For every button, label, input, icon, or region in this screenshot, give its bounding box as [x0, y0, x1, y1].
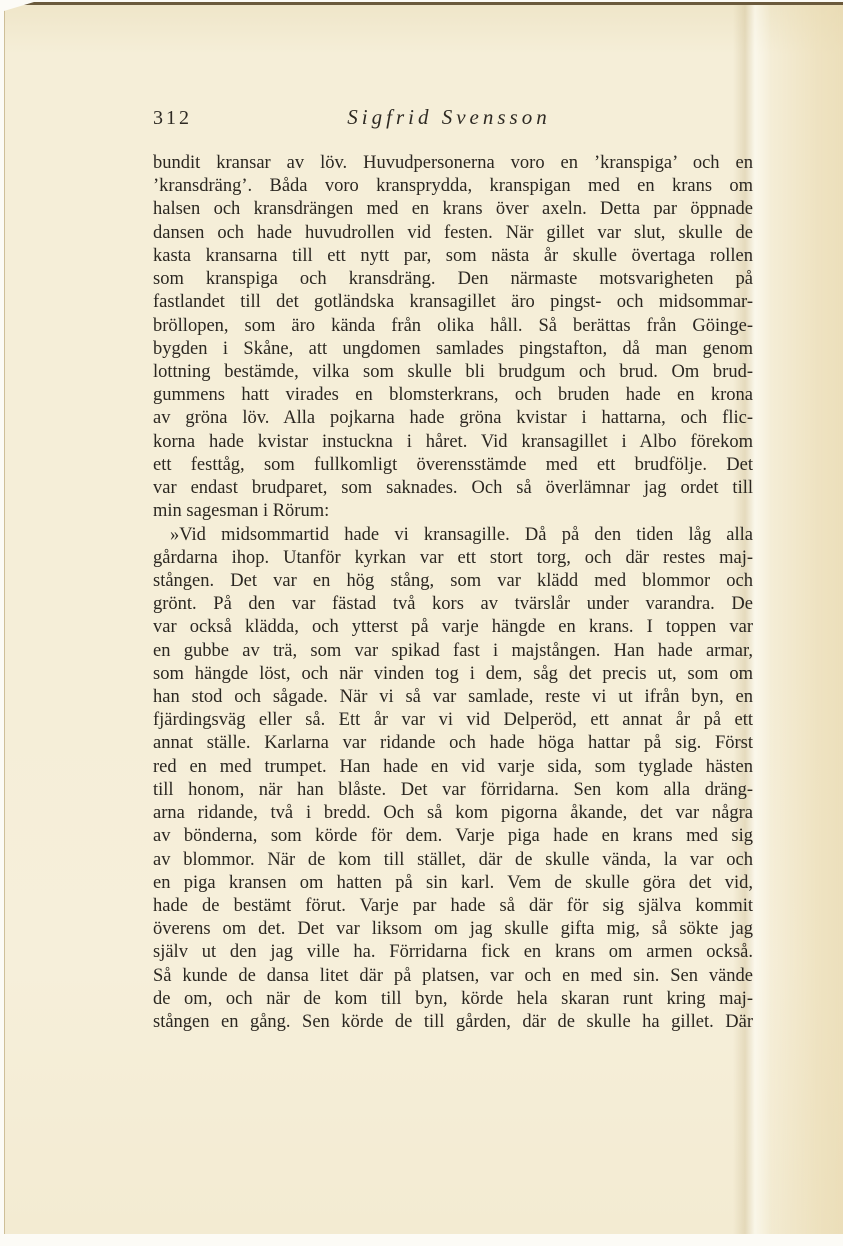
text-line: av gröna löv. Alla pojkarna hade gröna k…: [153, 407, 753, 430]
text-line: korna hade kvistar instuckna i håret. Vi…: [153, 431, 753, 454]
text-line: av blommor. När de kom till stället, där…: [153, 849, 753, 872]
text-line: grönt. På den var fästad två kors av tvä…: [153, 593, 753, 616]
text-line: som kranspiga och kransdräng. Den närmas…: [153, 268, 753, 291]
text-line: fjärdingsväg eller så. Ett år var vi vid…: [153, 709, 753, 732]
page-header: 312 Sigfrid Svensson: [149, 105, 749, 135]
text-line: var endast brudparet, som saknades. Och …: [153, 477, 753, 500]
text-line: stången en gång. Sen körde de till gårde…: [153, 1011, 753, 1034]
text-line: red en med trumpet. Han hade en vid varj…: [153, 756, 753, 779]
text-line: som hängde löst, och när vinden tog i de…: [153, 663, 753, 686]
scanned-book-page: 312 Sigfrid Svensson bundit kransar av l…: [0, 0, 843, 1246]
text-line: bygden i Skåne, att ungdomen samlades pi…: [153, 338, 753, 361]
text-line: Så kunde de dansa litet där på platsen, …: [153, 965, 753, 988]
text-line: halsen och kransdrängen med en krans öve…: [153, 198, 753, 221]
text-line: av bönderna, som körde för dem. Varje pi…: [153, 825, 753, 848]
text-line: ’kransdräng’. Båda voro kransprydda, kra…: [153, 175, 753, 198]
text-line: ett festtåg, som fullkomligt överensstäm…: [153, 454, 753, 477]
text-line: en gubbe av trä, som var spikad fast i m…: [153, 640, 753, 663]
text-line: lottning bestämde, vilka som skulle bli …: [153, 361, 753, 384]
body-text: bundit kransar av löv. Huvudpersonerna v…: [153, 152, 753, 1034]
running-header: Sigfrid Svensson: [149, 105, 749, 130]
text-line: bröllopen, som äro kända från olika håll…: [153, 315, 753, 338]
text-line: var också klädda, och ytterst på varje h…: [153, 616, 753, 639]
text-line: dansen och hade huvudrollen vid festen. …: [153, 222, 753, 245]
paragraph: bundit kransar av löv. Huvudpersonerna v…: [153, 152, 753, 524]
text-line: »Vid midsommartid hade vi kransagille. D…: [153, 524, 753, 547]
text-line: gummens hatt virades en blomsterkrans, o…: [153, 384, 753, 407]
text-line: själv ut den jag ville ha. Förridarna fi…: [153, 941, 753, 964]
text-line: de om, och när de kom till byn, körde he…: [153, 988, 753, 1011]
text-line: han stod och sågade. När vi så var samla…: [153, 686, 753, 709]
text-line: arna ridande, två i bredd. Och så kom pi…: [153, 802, 753, 825]
text-line: bundit kransar av löv. Huvudpersonerna v…: [153, 152, 753, 175]
text-line: gårdarna ihop. Utanför kyrkan var ett st…: [153, 547, 753, 570]
text-line: fastlandet till det gotländska kransagil…: [153, 291, 753, 314]
text-line: till honom, när han blåste. Det var förr…: [153, 779, 753, 802]
book-page: 312 Sigfrid Svensson bundit kransar av l…: [4, 2, 843, 1234]
text-line: annat ställe. Karlarna var ridande och h…: [153, 732, 753, 755]
text-line: stången. Det var en hög stång, som var k…: [153, 570, 753, 593]
text-line: min sagesman i Rörum:: [153, 500, 753, 523]
text-line: hade de bestämt förut. Varje par hade så…: [153, 895, 753, 918]
text-line: kasta kransarna till ett nytt par, som n…: [153, 245, 753, 268]
text-line: en piga kransen om hatten på sin karl. V…: [153, 872, 753, 895]
text-line: överens om det. Det var liksom om jag sk…: [153, 918, 753, 941]
paragraph: »Vid midsommartid hade vi kransagille. D…: [153, 524, 753, 1035]
